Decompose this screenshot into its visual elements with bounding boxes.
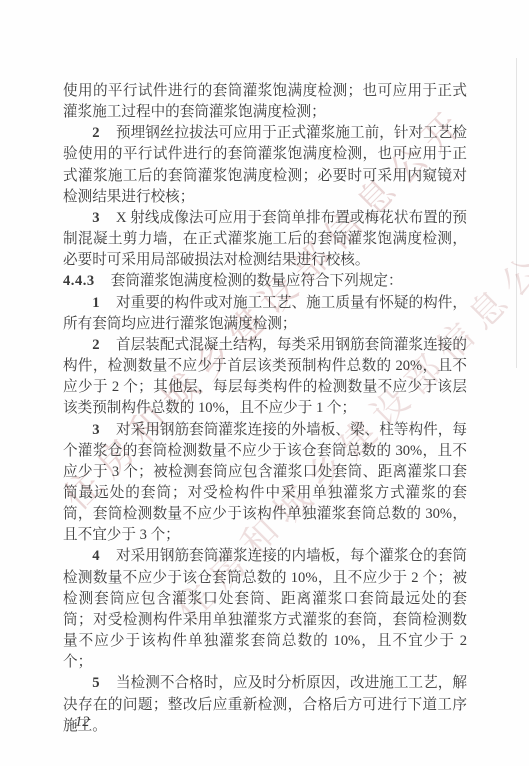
document-body: 使用的平行试件进行的套筒灌浆饱满度检测；也可应用于正式灌浆施工过程中的套筒灌浆饱… bbox=[63, 81, 467, 737]
clause-number: 2 bbox=[92, 337, 100, 353]
paragraph-text: X 射线成像法可应用于套筒单排布置或梅花状布置的预制混凝土剪力墙，在正式灌浆施工… bbox=[63, 210, 467, 268]
paragraph-text: 套筒灌浆饱满度检测的数量应符合下列规定： bbox=[111, 273, 403, 289]
paragraph-text: 预埋钢丝拉拔法可应用于正式灌浆施工前，针对工艺检验使用的平行试件进行的套筒灌浆饱… bbox=[63, 125, 467, 204]
clause-number: 3 bbox=[92, 210, 100, 226]
paragraph-text: 使用的平行试件进行的套筒灌浆饱满度检测；也可应用于正式灌浆施工过程中的套筒灌浆饱… bbox=[63, 83, 467, 120]
clause-number: 5 bbox=[92, 675, 100, 691]
clause-number: 2 bbox=[92, 125, 100, 141]
paragraph-2: 2预埋钢丝拉拔法可应用于正式灌浆施工前，针对工艺检验使用的平行试件进行的套筒灌浆… bbox=[63, 123, 467, 208]
paragraph-3: 3对采用钢筋套筒灌浆连接的外墙板、梁、柱等构件，每个灌浆仓的套筒检测数量不应少于… bbox=[63, 420, 467, 547]
clause-number: 3 bbox=[92, 422, 100, 438]
paragraph-3: 3X 射线成像法可应用于套筒单排布置或梅花状布置的预制混凝土剪力墙，在正式灌浆施… bbox=[63, 208, 467, 271]
paragraph-2: 2首层装配式混凝土结构，每类采用钢筋套筒灌浆连接的构件，检测数量不应少于首层该类… bbox=[63, 335, 467, 420]
clause-number: 1 bbox=[92, 295, 100, 311]
paragraph-text: 对采用钢筋套筒灌浆连接的内墙板，每个灌浆仓的套筒检测数量不应少于该仓套筒总数的 … bbox=[63, 548, 467, 670]
paragraph-text: 对采用钢筋套筒灌浆连接的外墙板、梁、柱等构件，每个灌浆仓的套筒检测数量不应少于该… bbox=[63, 422, 467, 544]
paragraph-5: 5当检测不合格时，应及时分析原因，改进施工工艺，解决存在的问题；整改后应重新检测… bbox=[63, 673, 467, 736]
clause-number: 4 bbox=[92, 548, 100, 564]
scan-artifact-line bbox=[516, 58, 517, 368]
paragraph-1: 1对重要的构件或对施工工艺、施工质量有怀疑的构件，所有套筒均应进行灌浆饱满度检测… bbox=[63, 293, 467, 335]
paragraph-text: 当检测不合格时，应及时分析原因，改进施工工艺，解决存在的问题；整改后应重新检测，… bbox=[63, 675, 467, 733]
document-page: 住房和城乡建设部信息公开 住房和城乡建设部信息公开 使用的平行试件进行的套筒灌浆… bbox=[0, 0, 529, 766]
clause-number: 4.4.3 bbox=[63, 273, 95, 289]
paragraph-text: 首层装配式混凝土结构，每类采用钢筋套筒灌浆连接的构件，检测数量不应少于首层该类预… bbox=[63, 337, 467, 416]
paragraph-text: 对重要的构件或对施工工艺、施工质量有怀疑的构件，所有套筒均应进行灌浆饱满度检测； bbox=[63, 295, 467, 332]
page-number: 12 bbox=[75, 714, 90, 731]
paragraph-4-4-3: 4.4.3套筒灌浆饱满度检测的数量应符合下列规定： bbox=[63, 271, 467, 292]
paragraph-4: 4对采用钢筋套筒灌浆连接的内墙板，每个灌浆仓的套筒检测数量不应少于该仓套筒总数的… bbox=[63, 546, 467, 673]
paragraph-cont-0: 使用的平行试件进行的套筒灌浆饱满度检测；也可应用于正式灌浆施工过程中的套筒灌浆饱… bbox=[63, 81, 467, 123]
